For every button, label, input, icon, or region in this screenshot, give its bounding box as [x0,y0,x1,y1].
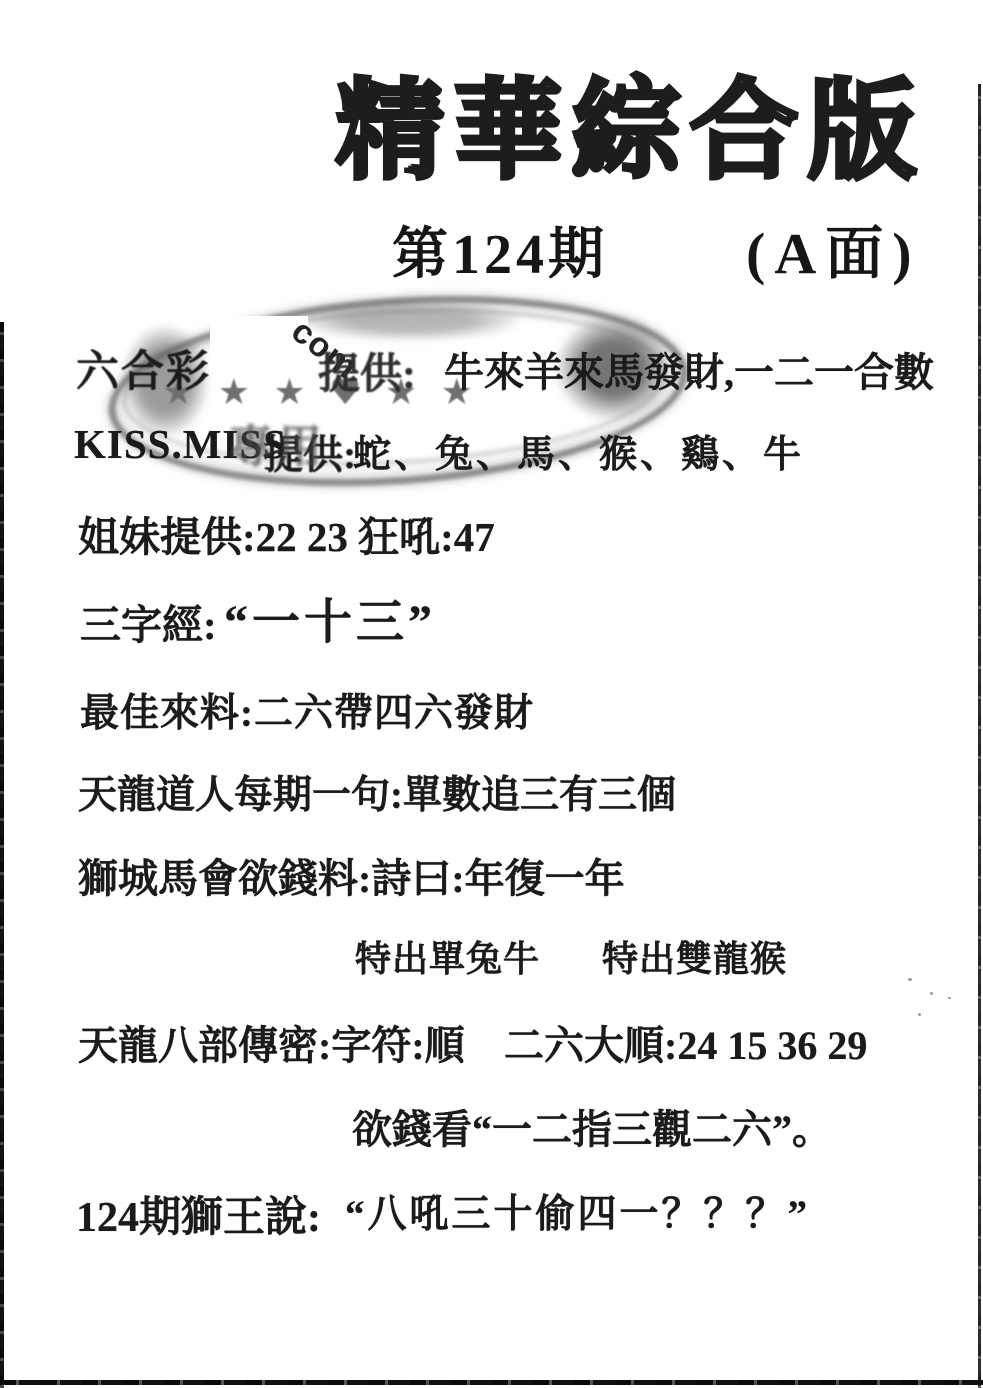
scan-edge-left [0,322,4,1388]
scan-speckle [908,978,912,981]
scan-speckle [948,997,951,999]
tip-special-double: 特出雙龍猴 [602,931,787,982]
side-label: (A面) [746,206,921,290]
tip-lion-king-quote: “八吼三十偷四一？？？” [345,1183,810,1239]
tip-sisters: 姐妹提供:22 23 狂吼:47 [78,504,495,563]
tip-liuhe-text: 牛來羊來馬發財,一二一合數 [444,341,934,398]
tip-dashun-numbers: 二六大順:24 15 36 29 [504,1014,867,1071]
tip-tianlong-daoren: 天龍道人每期一句:單數追三有三個 [78,764,676,820]
tip-yuqian-see: 欲錢看“一二指三觀二六”。 [352,1098,832,1155]
tip-best-material: 最佳來料:二六帶四六發財 [80,682,534,738]
tip-liuhe-label: 提供: [318,341,416,401]
tip-liuhe-prefix: 六合彩 [76,338,211,399]
tip-shicheng-horse-club: 獅城馬會欲錢料:詩曰:年復一年 [78,847,625,904]
issue-number: 第124期 [392,210,608,290]
scan-speckle [918,1013,921,1016]
tip-special-single: 特出單兔牛 [355,931,540,982]
tip-lion-king-label: 124期獅王說: [76,1184,321,1244]
tip-kiss-animals: 蛇、兔、馬、猴、鷄、牛 [353,423,804,478]
scan-edge-right [978,84,981,1388]
tip-sanzijing-label: 三字經: [80,592,217,651]
tip-tianlong-babu: 天龍八部傳密:字符:順 [78,1014,465,1071]
page-title: 精華綜合版 [336,74,926,193]
stamp-footer-text: 專用 [228,410,326,475]
scan-edge-bottom [0,1380,983,1385]
scan-speckle [930,992,933,995]
tip-sanzijing-quote: “一十三” [224,583,436,652]
scanned-lottery-sheet: 精華綜合版 第124期 (A面) com ★ ★ ★ ♥ ★ ★ 專用 六合彩 … [0,0,983,1388]
